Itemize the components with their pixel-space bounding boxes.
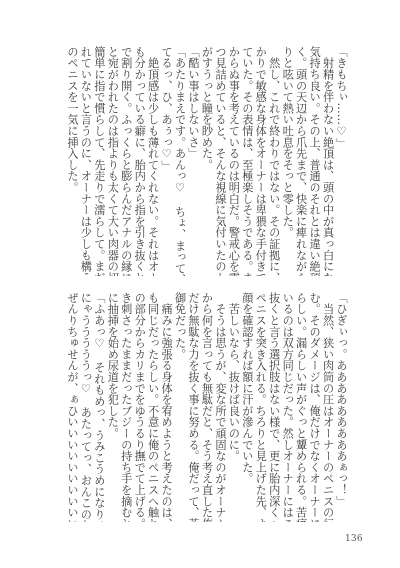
text-line: む。そのダメージは、俺だけでなくオーナーにもあった [308, 292, 321, 522]
text-line: れていないと言うのに、オーナーは少しも構う事なくご [79, 46, 92, 276]
text-line: 「きもちぃ……♡」 [335, 46, 348, 276]
text-line: 抜くと言う選択肢はない様で、更に胎内深くへと強引に [267, 292, 280, 522]
text-line: 苦しいなら、抜けば良いのに。 [227, 292, 240, 522]
text-line: 顔を確認すれば額に汗が滲んでいた。 [240, 292, 253, 522]
text-line: そうは思うが、変な所で頑固なのがオーナーは頑固だ。だ [213, 292, 226, 522]
upper-text-tier: 「きもちぃ……♡」 射精を伴わない絶頂は、頭の中が真っ白になるくらい 気持ち良い… [52, 46, 348, 276]
text-line: にゃうううううっ♡ あたってっ、おんこのなかから [79, 292, 92, 522]
text-line: からぬ事を考えているのは明白だ。警戒心を露わにしつ [227, 46, 240, 276]
text-line: 「ひぎぃっ。あああああああああぁっ！」 [335, 292, 348, 522]
text-line: りと呟いて熱い吐息をそっと零した。 [281, 46, 294, 276]
text-line: 絶頂感は少しも薄れてくれない。それはオーナー [146, 46, 159, 276]
text-line: き刺さったままだったブジーの持ち手を摘むと、緩やか [119, 292, 132, 522]
text-line: 射精を伴わない絶頂は、頭の中が真っ白になるくらい [321, 46, 334, 276]
text-line: 「酷い事はしないさ」 [187, 46, 200, 276]
text-line: で割り開く。ふっくらと膨らんだアナルの縁に、ひたり [119, 46, 132, 276]
text-line: に抽挿を始め尿道を犯した。 [106, 292, 119, 522]
text-line: ペニスを突き入れる。ちろりと見上げた先、オーナーの [254, 292, 267, 522]
text-line: く。頭の天辺から爪先まで、快楽に痺れながらうっと [294, 46, 307, 276]
text-line: 「ふあっ♡ それもめっ、うみこうめになりゅうっ♡ [92, 292, 105, 522]
text-line: 然し、これで終わりではない。その証拠に、達したば [267, 46, 280, 276]
text-line: 「あたりまえです。あんっ♡ ちょ、まって、まだいっ [173, 46, 186, 276]
text-line: 気持ち良い。その上、普通のそれとは違い絶頂感が長引 [308, 46, 321, 276]
text-line: も分かっている癖に、胎内から指を引き抜くと尻を両手 [133, 46, 146, 276]
text-line: だけ無駄な力を抜く事に努める。俺だって、苦しいのは [187, 292, 200, 522]
text-line: のペニスを一気に挿入した。 [65, 46, 78, 276]
text-line: も同じだったらしい。不意に俺のペニスへ触れると、幹 [146, 292, 159, 522]
text-line: つ見詰めていると、そんな視線に気付いたのかオーナー [213, 46, 226, 276]
text-line: 簡単に指で慣らして、先走りで濡らして。まだ完全に解 [92, 46, 105, 276]
text-line: ていた。その表情は、至極楽しそうである。また何か良 [240, 46, 253, 276]
text-line: の部分からカリまでをゆうるり撫でて上げる。そうして突 [133, 292, 146, 522]
book-page: 「きもちぃ……♡」 射精を伴わない絶頂は、頭の中が真っ白になるくらい 気持ち良い… [0, 0, 400, 568]
text-line: 当然、狭い肉筒の圧はオーナーのペニスの行く手を阻 [321, 292, 334, 522]
lower-text-tier: 「ひぎぃっ。あああああああああぁっ！」 当然、狭い肉筒の圧はオーナーのペニスの行… [52, 292, 348, 522]
text-line: てるっ、ひ、あぅっ♡」 [160, 46, 173, 276]
text-line: かりで敏感な身体をオーナーは卑猥な手付きで撫で回し [254, 46, 267, 276]
text-line: ぜんりちゅせんが、ぁひいいいいいいいいいいんっ♡」 [65, 292, 78, 522]
text-line: がすうっと瞳を眇めた。 [200, 46, 213, 276]
text-line: 痛みに強張る身体を宥めようと考えたのは、オーナー [160, 292, 173, 522]
text-line: らしい。漏らしい声がぐっと顰められる。苦痛を感じて [294, 292, 307, 522]
text-line: から何を言っても無駄だと、そう考え直した俺は出来る [200, 292, 213, 522]
page-number: 136 [345, 534, 363, 544]
text-line: いるのは双方同じだった。然しオーナーにはここで一旦 [281, 292, 294, 522]
text-line: と宛がわれたのは指よりも太くて大い肉器の切先だった。 [106, 46, 119, 276]
text-line: 御免だった。 [173, 292, 186, 522]
